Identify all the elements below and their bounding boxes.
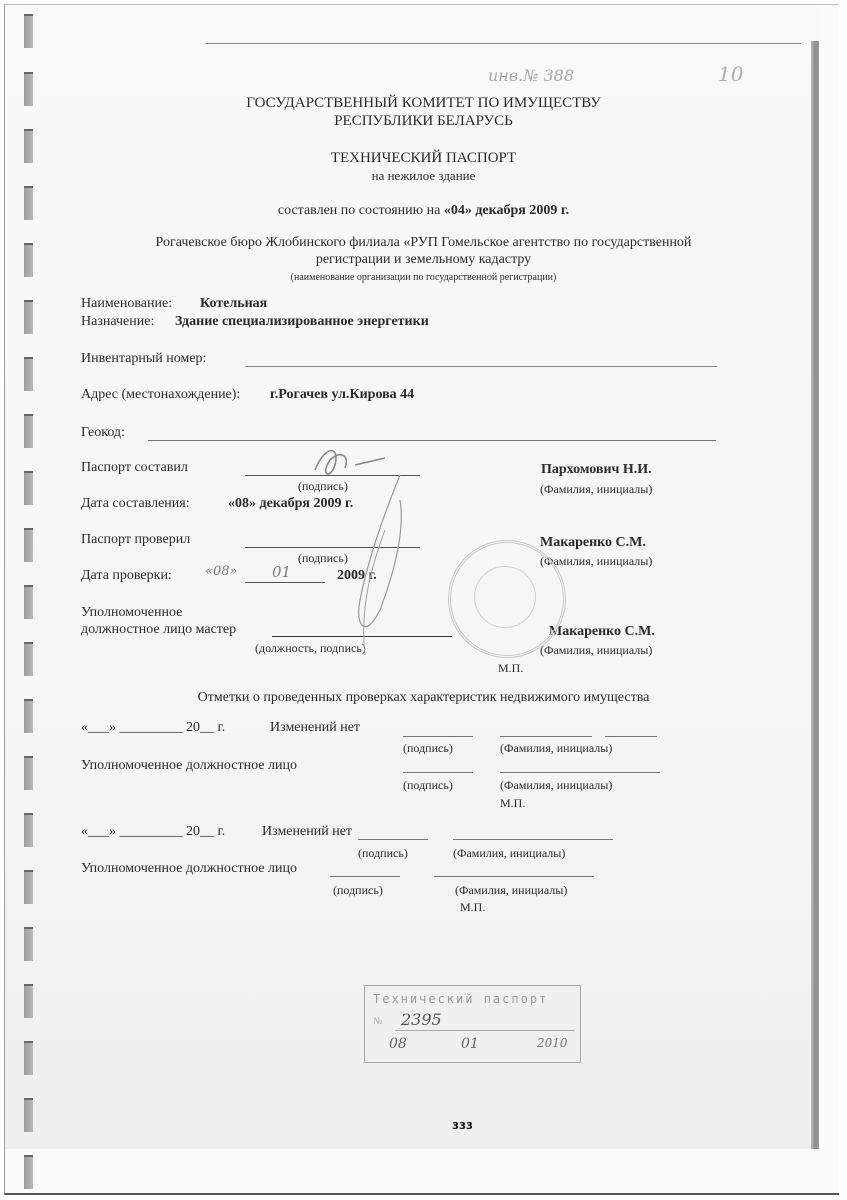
check-1-official-name-line	[500, 772, 660, 773]
check-2-name-caption: (Фамилия, инициалы)	[453, 845, 565, 861]
check-2-no-changes: Изменений нет	[262, 824, 352, 840]
check-2-date: «___» _________ 20__ г.	[81, 824, 225, 840]
check-1-name-caption: (Фамилия, инициалы)	[500, 740, 612, 756]
org-line-2: регистрации и земельному кадастру	[0, 252, 847, 268]
state-date: «04» декабря 2009 г.	[444, 203, 569, 218]
check-1-date: «___» _________ 20__ г.	[81, 720, 225, 736]
inventory-field-line	[245, 366, 717, 367]
checked-date-label: Дата проверки:	[81, 568, 172, 584]
stamp-date-month: 01	[461, 1036, 479, 1052]
stamp-title: Технический паспорт	[373, 992, 548, 1006]
compiled-name-caption: (Фамилия, инициалы)	[540, 481, 652, 497]
check-2-sign-line	[358, 839, 428, 840]
check-2-sign-caption: (подпись)	[358, 845, 408, 861]
header-line-2: РЕСПУБЛИКИ БЕЛАРУСЬ	[0, 113, 847, 129]
scan-top-edge	[205, 43, 801, 44]
purpose-value: Здание специализированное энергетики	[175, 314, 429, 330]
header-line-1: ГОСУДАРСТВЕННЫЙ КОМИТЕТ ПО ИМУЩЕСТВУ	[0, 95, 847, 111]
purpose-label: Назначение:	[81, 314, 154, 330]
page-number: 333	[452, 1121, 473, 1132]
binder-hole	[24, 300, 33, 334]
binder-hole	[24, 927, 33, 961]
state-date-line: составлен по состоянию на «04» декабря 2…	[0, 203, 847, 219]
binder-hole	[24, 756, 33, 790]
official-label-2: должностное лицо мастер	[81, 622, 236, 638]
handwritten-signature	[300, 440, 420, 660]
geocode-label: Геокод:	[81, 425, 125, 441]
binder-hole	[24, 357, 33, 391]
technical-passport-stamp: Технический паспорт № 2395 08 01 2010	[364, 985, 581, 1063]
check-2-official-name-line	[434, 876, 594, 877]
binder-hole	[24, 813, 33, 847]
document-title: ТЕХНИЧЕСКИЙ ПАСПОРТ	[0, 150, 847, 166]
check-1-official-sign-caption: (подпись)	[403, 777, 453, 793]
binder-hole	[24, 870, 33, 904]
round-seal-inner	[474, 566, 536, 628]
document-subtitle: на нежилое здание	[0, 168, 847, 184]
name-label: Наименование:	[81, 296, 172, 312]
binder-hole	[24, 642, 33, 676]
binder-hole	[24, 1041, 33, 1075]
check-2-name-line	[453, 839, 613, 840]
org-line-1: Рогачевское бюро Жлобинского филиала «РУ…	[0, 235, 847, 251]
name-value: Котельная	[200, 296, 267, 312]
stamp-date-day: 08	[389, 1036, 407, 1052]
binder-hole	[24, 14, 33, 48]
checks-title: Отметки о проведенных проверках характер…	[0, 690, 847, 706]
binder-hole	[24, 471, 33, 505]
check-2-official-sign-caption: (подпись)	[333, 882, 383, 898]
address-value: г.Рогачев ул.Кирова 44	[270, 387, 414, 403]
official-name: Макаренко С.М.	[549, 624, 655, 640]
official-label-1: Уполномоченное	[81, 605, 182, 621]
org-caption: (наименование организации по государстве…	[0, 270, 847, 286]
corner-page-number: 10	[718, 62, 743, 86]
binder-hole	[24, 1155, 33, 1189]
check-1-name-line-2	[605, 736, 657, 737]
stamp-date-year: 2010	[537, 1036, 568, 1050]
checked-date-month: 01	[272, 563, 291, 581]
check-1-official-sign-line	[403, 772, 473, 773]
address-label: Адрес (местонахождение):	[81, 387, 240, 403]
binder-hole	[24, 414, 33, 448]
seal-mark: М.П.	[498, 660, 523, 676]
geocode-field-line	[148, 440, 716, 441]
check-2-official-name-caption: (Фамилия, инициалы)	[455, 882, 567, 898]
checked-date-day: «08»	[205, 564, 237, 579]
binder-hole	[24, 1098, 33, 1132]
check-1-seal-mark: М.П.	[500, 795, 525, 811]
check-1-sign-line	[403, 736, 473, 737]
binder-hole	[24, 984, 33, 1018]
compiled-name: Пархомович Н.И.	[541, 462, 652, 478]
check-1-official-label: Уполномоченное должностное лицо	[81, 758, 297, 774]
stamp-number: 2395	[401, 1010, 442, 1029]
handwritten-inventory-note: инв.№ 388	[488, 66, 574, 85]
checked-name: Макаренко С.М.	[540, 535, 646, 551]
official-name-caption: (Фамилия, инициалы)	[540, 642, 652, 658]
inventory-label: Инвентарный номер:	[81, 351, 206, 367]
stamp-number-line	[395, 1030, 575, 1031]
check-1-name-line	[500, 736, 592, 737]
check-2-official-sign-line	[330, 876, 400, 877]
check-1-sign-caption: (подпись)	[403, 740, 453, 756]
compiled-date-label: Дата составления:	[81, 496, 190, 512]
check-2-seal-mark: М.П.	[460, 899, 485, 915]
binder-hole	[24, 528, 33, 562]
checked-label: Паспорт проверил	[81, 532, 190, 548]
check-1-official-name-caption: (Фамилия, инициалы)	[500, 777, 612, 793]
check-2-official-label: Уполномоченное должностное лицо	[81, 861, 297, 877]
state-prefix: составлен по состоянию на	[278, 203, 440, 218]
compiled-label: Паспорт составил	[81, 460, 188, 476]
binder-hole	[24, 585, 33, 619]
check-1-no-changes: Изменений нет	[270, 720, 360, 736]
stamp-number-prefix: №	[373, 1016, 383, 1027]
